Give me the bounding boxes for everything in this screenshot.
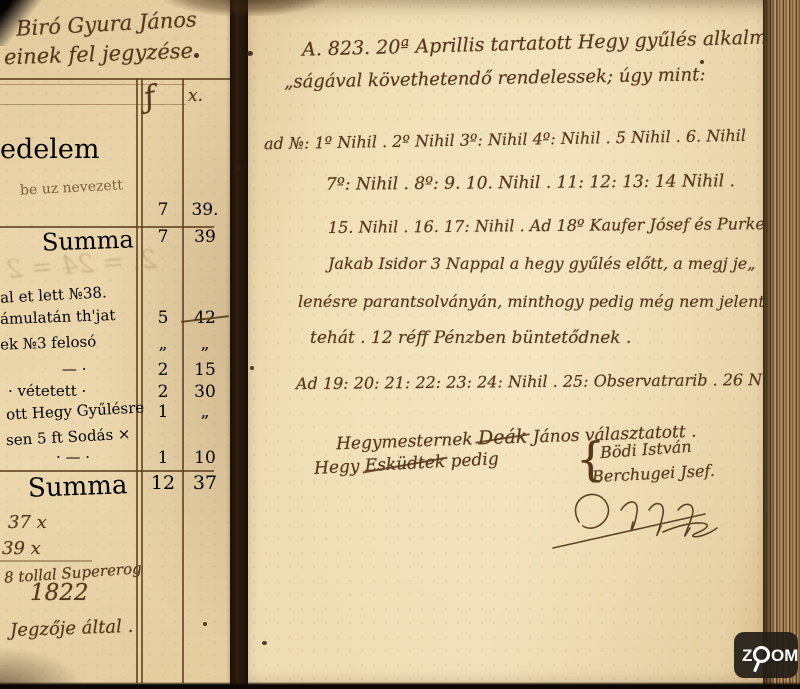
- note-37x: 37 x: [8, 512, 47, 533]
- ink-spot: [700, 60, 704, 64]
- page-stack-edge: [763, 0, 800, 689]
- table-row: ott Hegy Gyűlésre 1 „: [0, 402, 230, 426]
- row-label: sen 5 ft Sodás ×: [6, 425, 131, 449]
- row-forint-value: 2: [146, 360, 180, 380]
- row-krajcar-value-struck: 42: [184, 308, 226, 328]
- jurors-mid: Esküdtek: [364, 452, 445, 476]
- jurors-pre: Hegy: [314, 456, 360, 478]
- minutes-line-5: 15. Nihil . 16. 17: Nihil . Ad 18º Kaufe…: [328, 214, 773, 237]
- row-label: ott Hegy Gyűlésre: [6, 398, 145, 423]
- row-krajcar-value: „: [184, 402, 226, 422]
- row-krajcar-value: 39.: [184, 200, 226, 220]
- table-row: 7 39.: [0, 200, 230, 224]
- photo-bottom-edge: [0, 682, 800, 689]
- row-forint-value: 7: [146, 200, 180, 220]
- ink-spot: [250, 366, 254, 370]
- photo-corner-shadow: [0, 0, 70, 46]
- table-row: — · 2 15: [0, 360, 230, 384]
- left-page: Biró Gyura János einek fel jegyzése ƒ x.…: [0, 0, 230, 689]
- manuscript-photo: Biró Gyura János einek fel jegyzése ƒ x.…: [0, 0, 800, 689]
- table-row: · — · 1 10: [0, 448, 230, 472]
- zoom-badge-letter-z: Z: [742, 646, 752, 665]
- ink-spot: [247, 51, 253, 56]
- table-row: ek №3 felosó „ „: [0, 334, 230, 358]
- row-label: — ·: [62, 360, 87, 378]
- ink-spot: [262, 641, 267, 645]
- row-label: al et lett №38.: [0, 283, 107, 307]
- row-label: be uz nevezett: [20, 177, 124, 198]
- minutes-line-1: A. 823. 20ª Aprillis tartatott Hegy gyűl…: [302, 25, 800, 60]
- minutes-line-2: „ságával követhetendő rendelessek; úgy m…: [284, 64, 706, 92]
- column-header-krajcar: x.: [188, 86, 203, 106]
- minutes-line-4: 7º: Nihil . 8º: 9. 10. Nihil . 11: 12: 1…: [326, 171, 735, 195]
- row-label: Summa: [28, 470, 128, 503]
- row-forint-value: 7: [146, 227, 180, 247]
- row-label: Summa: [42, 225, 135, 256]
- minutes-line-9: Ad 19: 20: 21: 22: 23: 24: Nihil . 25: O…: [296, 370, 788, 393]
- row-krajcar-value: 10: [184, 448, 226, 468]
- row-krajcar-value: „: [184, 334, 226, 354]
- row-label: · — ·: [56, 448, 90, 466]
- row-forint-value: 1: [146, 448, 180, 468]
- row-krajcar-value: 37: [184, 472, 226, 494]
- ink-spot: [236, 164, 241, 170]
- zoom-badge-letters-om: OM: [771, 646, 798, 665]
- binding-top-shadow: [160, 0, 330, 16]
- table-rule-top: [0, 78, 230, 80]
- minutes-line-8: tehát . 12 réff Pénzben büntetődnek .: [310, 328, 631, 348]
- row-label: ámulatán th'jat: [0, 306, 116, 328]
- gutter-crease-line: [236, 0, 238, 689]
- table-rule-header: [0, 104, 186, 105]
- note-clerk: Jegzője által .: [10, 616, 134, 641]
- ink-spot: [194, 53, 199, 58]
- row-krajcar-value: 15: [184, 360, 226, 380]
- row-label: edelem: [0, 134, 99, 165]
- table-row-summa: Summa 12 37: [0, 472, 230, 496]
- row-forint-value: 1: [146, 402, 180, 422]
- row-forint-value: „: [146, 334, 180, 354]
- row-forint-value: 2: [146, 382, 180, 402]
- note-year: 1822: [30, 580, 89, 606]
- row-krajcar-value: 30: [184, 382, 226, 402]
- minutes-line-7: lenésre parantsolványán, minthogy pedig …: [298, 292, 784, 311]
- row-forint-value: 12: [146, 472, 180, 494]
- row-krajcar-value: 39: [184, 227, 226, 247]
- ink-spot: [203, 622, 207, 626]
- note-39x: 39 x: [2, 538, 41, 559]
- row-forint-value: 5: [146, 308, 180, 328]
- minutes-line-6: Jakab Isidor 3 Nappal a hegy gyűlés előt…: [328, 254, 756, 273]
- jurors-post: pedig: [450, 449, 499, 471]
- hegymester-name: Deák: [478, 426, 528, 450]
- row-label: · vétetett ·: [8, 382, 86, 400]
- table-row: edelem: [0, 134, 230, 158]
- row-label: ek №3 felosó: [0, 332, 97, 353]
- table-rule-top-2: [0, 84, 186, 85]
- signature-flourish: [545, 478, 775, 563]
- right-page: A. 823. 20ª Aprillis tartatott Hegy gyűl…: [248, 0, 765, 689]
- note-underline: [0, 560, 92, 562]
- table-row-summa: Summa 7 39: [0, 227, 230, 251]
- minutes-line-3: ad №: 1º Nihil . 2º Nihil 3º: Nihil 4º: …: [264, 126, 746, 153]
- zoom-watermark: Z OM: [734, 632, 798, 678]
- table-row: ámulatán th'jat 5 42: [0, 308, 230, 332]
